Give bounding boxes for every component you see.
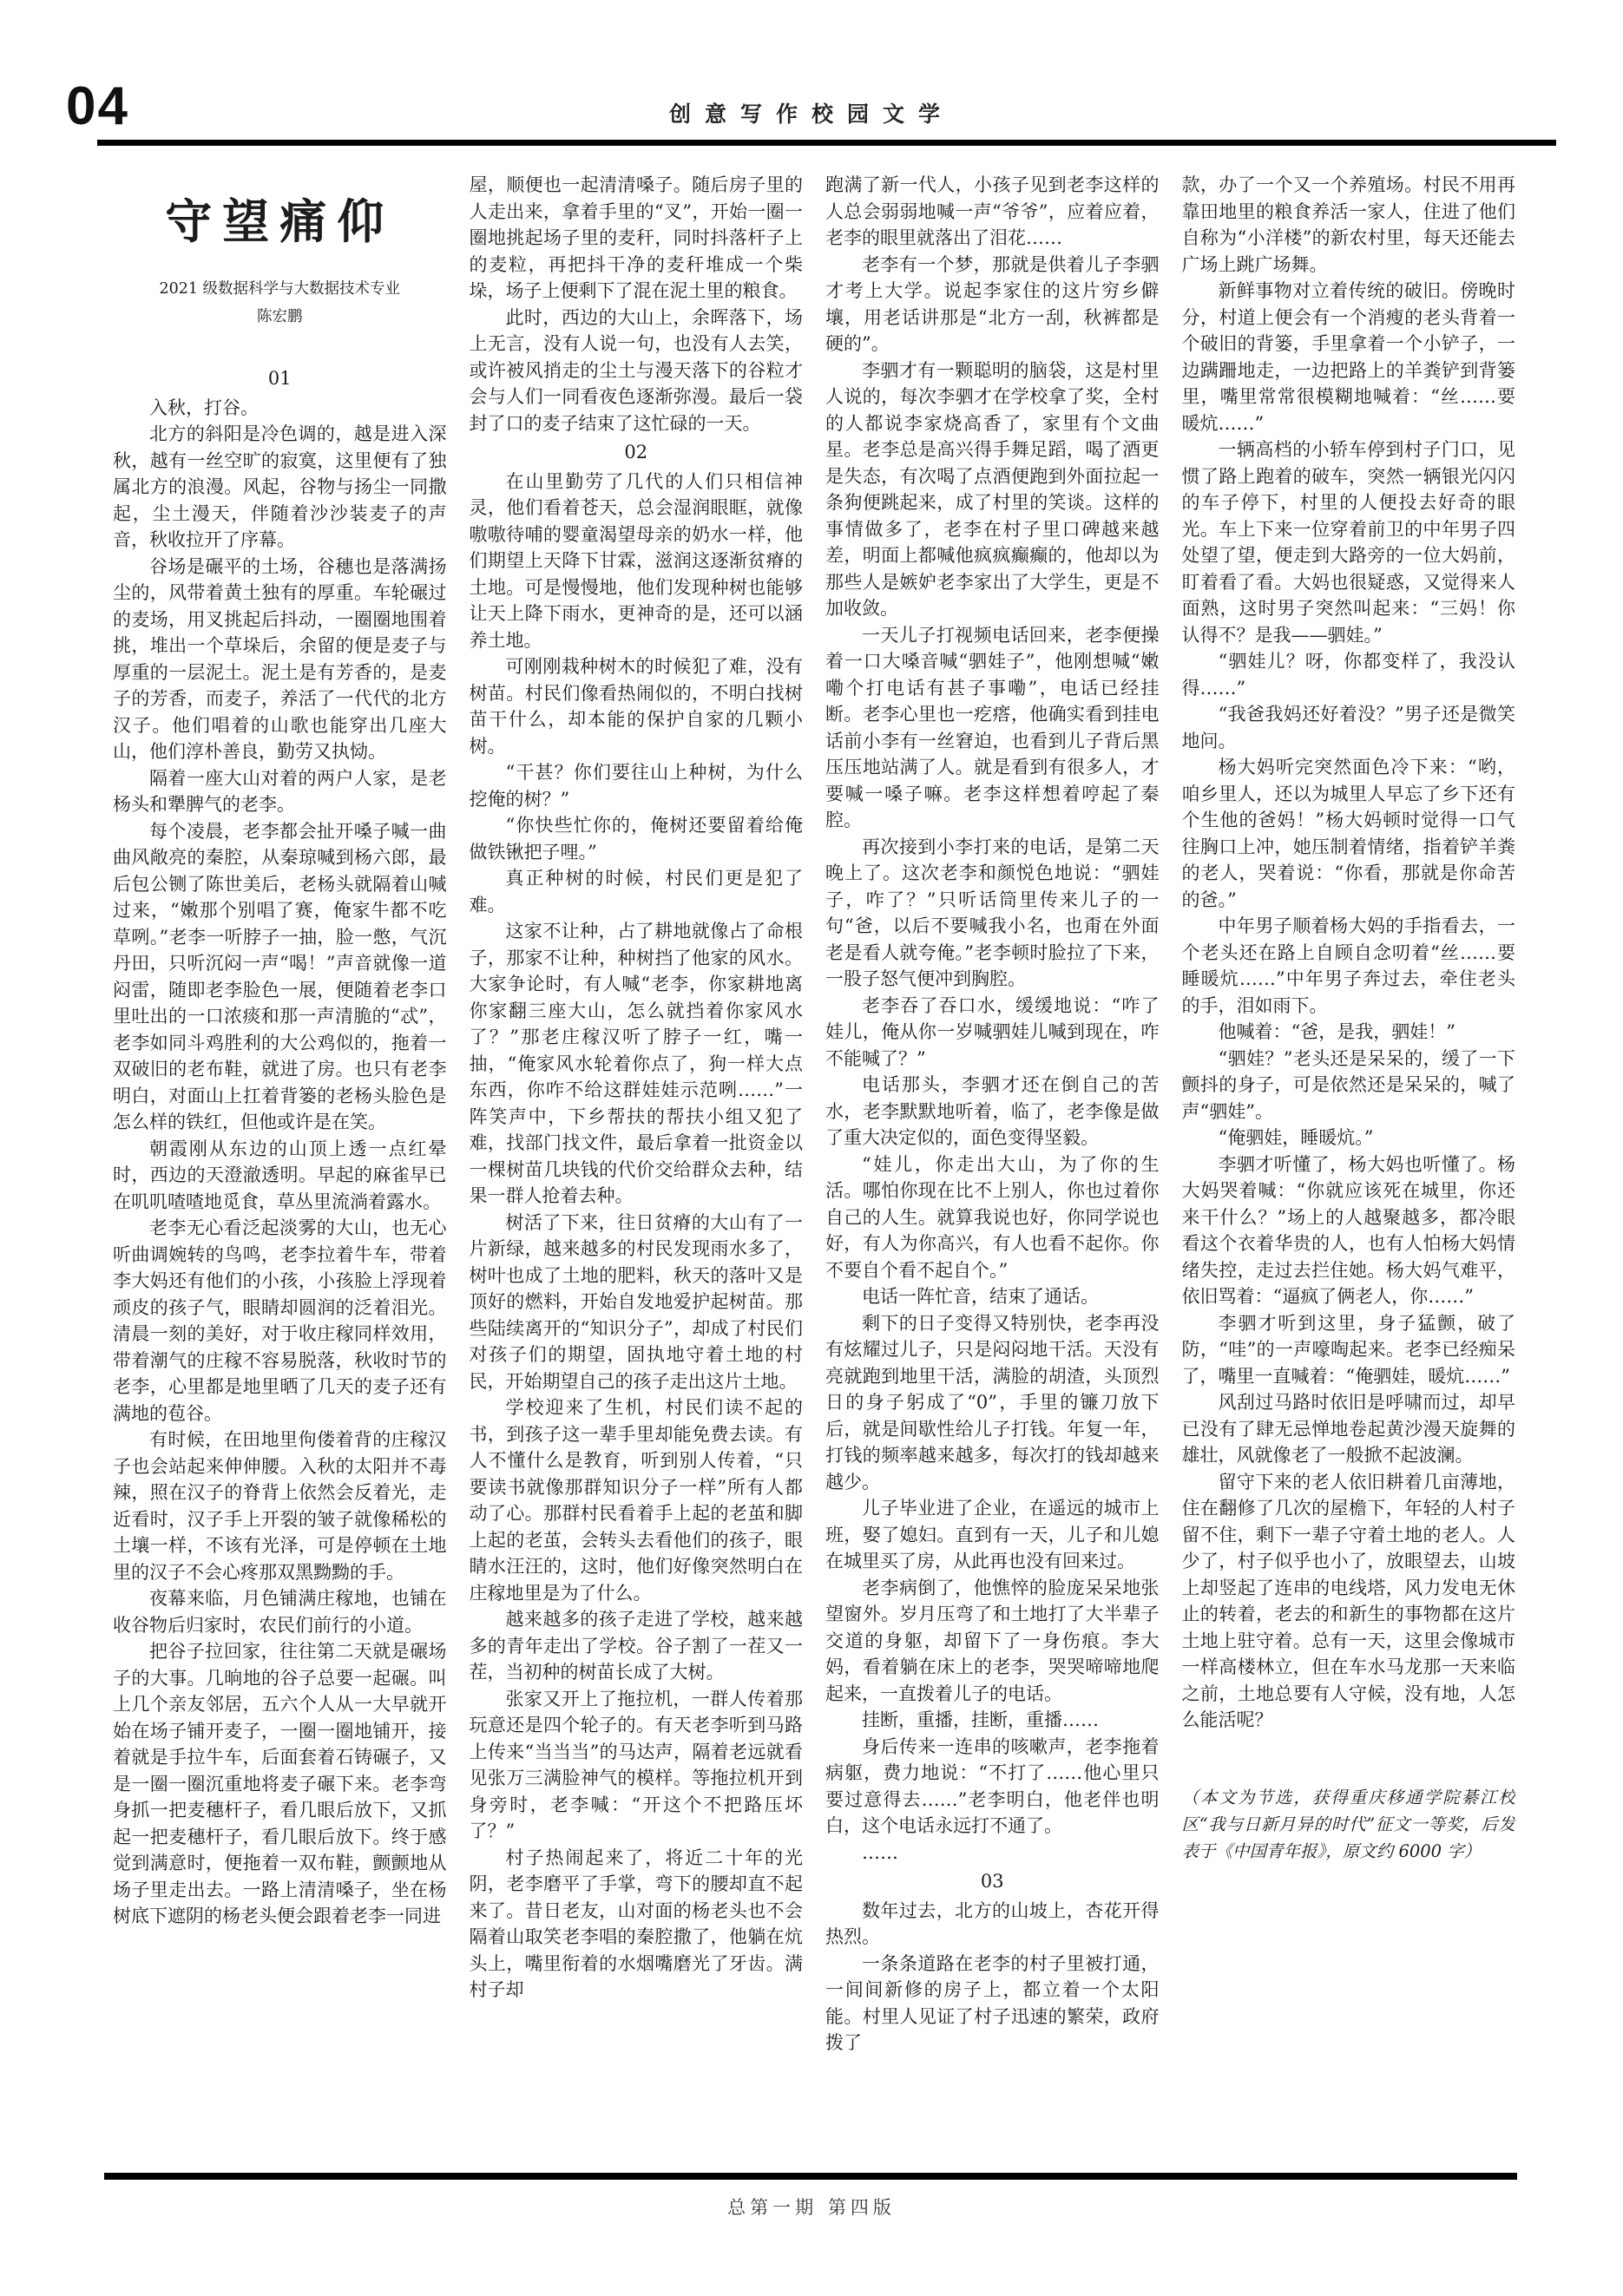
paragraph: 再次接到小李打来的电话，是第二天晚上了。这次老李和颜悦色地说：“驷娃子，咋了？”… bbox=[825, 834, 1160, 993]
paragraph: 把谷子拉回家，往往第二天就是碾场子的大事。几晌地的谷子总要一起碾。叫上几个亲友邻… bbox=[113, 1638, 447, 1930]
paragraph: 屋，顺便也一起清清嗓子。随后房子里的人走出来，拿着手里的“叉”，开始一圈一圈地挑… bbox=[470, 172, 804, 305]
paragraph: 可刚刚栽种树木的时候犯了难，没有树苗。村民们像看热闹似的，不明白找树苗干什么，却… bbox=[470, 653, 804, 759]
paragraph: “我爸我妈还好着没？”男子还是微笑地问。 bbox=[1182, 701, 1516, 754]
paragraph: 张家又开上了拖拉机，一群人传着那玩意还是四个轮子的。有天老李听到马路上传来“当当… bbox=[470, 1686, 804, 1845]
paragraph: 有时候，在田地里佝偻着背的庄稼汉子也会站起来伸伸腰。入秋的太阳并不毒辣，照在汉子… bbox=[113, 1427, 447, 1585]
paragraph: 村子热闹起来了，将近二十年的光阴，老李磨平了手掌，弯下的腰却直不起来了。昔日老友… bbox=[470, 1845, 804, 2004]
paragraph: 在山里勤劳了几代的人们只相信神灵，他们看着苍天，总会湿润眼眶，就像嗷嗷待哺的婴童… bbox=[470, 469, 804, 654]
footer-rule bbox=[104, 2173, 1517, 2180]
paragraph: 学校迎来了生机，村民们读不起的书，到孩子这一辈手里却能免费去读。有人不懂什么是教… bbox=[470, 1394, 804, 1606]
paragraph: 越来越多的孩子走进了学校，越来越多的青年走出了学校。谷子割了一茬又一茬，当初种的… bbox=[470, 1606, 804, 1686]
section-number: 03 bbox=[825, 1868, 1160, 1895]
paragraph: 款，办了一个又一个养殖场。村民不用再靠田地里的粮食养活一家人，住进了他们自称为“… bbox=[1182, 172, 1516, 278]
paragraph: 挂断，重播，挂断，重播…… bbox=[825, 1707, 1160, 1734]
section-number: 01 bbox=[113, 365, 447, 392]
paragraph: 老李有一个梦，那就是供着儿子李驷才考上大学。说起李家住的这片穷乡僻壤，用老话讲那… bbox=[825, 252, 1160, 358]
section-number: 02 bbox=[470, 439, 804, 466]
paragraph: 夜幕来临，月色铺满庄稼地，也铺在收谷物后归家时，农民们前行的小道。 bbox=[113, 1585, 447, 1638]
paragraph: 跑满了新一代人，小孩子见到老李这样的人总会弱弱地喊一声“爷爷”，应着应着，老李的… bbox=[825, 172, 1160, 252]
paragraph: 树活了下来，往日贫瘠的大山有了一片新绿，越来越多的村民发现雨水多了，树叶也成了土… bbox=[470, 1210, 804, 1395]
paragraph: 儿子毕业进了企业，在遥远的城市上班，娶了媳妇。直到有一天，儿子和儿媳在城里买了房… bbox=[825, 1495, 1160, 1575]
paragraph: 电话那头，李驷才还在倒自己的苦水，老李默默地听着，临了，老李像是做了重大决定似的… bbox=[825, 1072, 1160, 1151]
paragraph: 留守下来的老人依旧耕着几亩薄地，住在翻修了几次的屋檐下，年轻的人村子留不住，剩下… bbox=[1182, 1469, 1516, 1734]
paragraph: 数年过去，北方的山坡上，杏花开得热烈。 bbox=[825, 1898, 1160, 1951]
article-author: 陈宏鹏 bbox=[113, 305, 447, 328]
paragraph: “你快些忙你的，俺树还要留着给俺做铁锹把子哩。” bbox=[470, 812, 804, 865]
paragraph: 谷场是碾平的土场，谷穗也是落满扬尘的，风带着黄土独有的厚重。车轮碾过的麦场，用叉… bbox=[113, 554, 447, 765]
paragraph: “俺驷娃，睡暖炕。” bbox=[1182, 1125, 1516, 1151]
article-title-block: 守望痛仰 2021 级数据科学与大数据技术专业 陈宏鹏 bbox=[113, 172, 447, 363]
text-column-4: 款，办了一个又一个养殖场。村民不用再靠田地里的粮食养活一家人，住进了他们自称为“… bbox=[1182, 172, 1516, 2154]
paragraph: 李驷才听到这里，身子猛颤，破了防，“哇”的一声嚎啕起来。老李已经痴呆了，嘴里一直… bbox=[1182, 1310, 1516, 1390]
text-column-1: 守望痛仰 2021 级数据科学与大数据技术专业 陈宏鹏 01入秋，打谷。北方的斜… bbox=[113, 172, 447, 2154]
paragraph: 剩下的日子变得又特别快，老李再没有炫耀过儿子，只是闷闷地干活。天没有亮就跑到地里… bbox=[825, 1310, 1160, 1496]
paragraph: 真正种树的时候，村民们更是犯了难。 bbox=[470, 865, 804, 918]
paragraph: 入秋，打谷。 bbox=[113, 395, 447, 422]
paragraph: 此时，西边的大山上，余晖落下，场上无言，没有人说一句，也没有人去笑，或许被风捎走… bbox=[470, 305, 804, 437]
paragraph: 李驷才有一颗聪明的脑袋，这是村里人说的，每次李驷才在学校拿了奖，全村的人都说李家… bbox=[825, 358, 1160, 622]
text-column-3: 跑满了新一代人，小孩子见到老李这样的人总会弱弱地喊一声“爷爷”，应着应着，老李的… bbox=[825, 172, 1160, 2154]
paragraph: 这家不让种，占了耕地就像占了命根子，那家不让种，种树挡了他家的风水。大家争论时，… bbox=[470, 918, 804, 1210]
paragraph: “驷娃儿？呀，你都变样了，我没认得……” bbox=[1182, 648, 1516, 701]
paragraph: 中年男子顺着杨大妈的手指看去，一个老头还在路上自顾自念叨着“丝……要睡暖炕……”… bbox=[1182, 913, 1516, 1019]
paragraph: 老李无心看泛起淡雾的大山，也无心听曲调婉转的鸟鸣，老李拉着牛车，带着李大妈还有他… bbox=[113, 1215, 447, 1427]
header-rule bbox=[97, 140, 1556, 146]
closing-note: （本文为节选，获得重庆移通学院綦江校区“我与日新月异的时代”征文一等奖，后发表于… bbox=[1182, 1784, 1516, 1865]
paragraph: 李驷才听懂了，杨大妈也听懂了。杨大妈哭着喊：“你就应该死在城里，你还来干什么？”… bbox=[1182, 1151, 1516, 1310]
newspaper-page: { "page": { "page_number": "04", "header… bbox=[0, 0, 1623, 2296]
paragraph: 风刮过马路时依旧是呼啸而过，却早已没有了肆无忌惮地卷起黄沙漫天旋舞的雄壮，风就像… bbox=[1182, 1389, 1516, 1469]
header-title: 创意写作校园文学 bbox=[0, 97, 1623, 128]
paragraph: 北方的斜阳是冷色调的，越是进入深秋，越有一丝空旷的寂寞，这里便有了独属北方的浪漫… bbox=[113, 421, 447, 554]
paragraph: 朝霞刚从东边的山顶上透一点红晕时，西边的天澄澈透明。早起的麻雀早已在叽叽喳喳地觅… bbox=[113, 1136, 447, 1216]
footer-issue-info: 总第一期 第四版 bbox=[0, 2194, 1623, 2220]
paragraph: 杨大妈听完突然面色冷下来：“哟，咱乡里人，还以为城里人早忘了乡下还有个生他的爸妈… bbox=[1182, 754, 1516, 913]
paragraph: 老李病倒了，他憔悴的脸庞呆呆地张望窗外。岁月压弯了和土地打了大半辈子交道的身躯，… bbox=[825, 1575, 1160, 1708]
paragraph: 身后传来一连串的咳嗽声，老李拖着病躯，费力地说：“不打了……他心里只要过意得去…… bbox=[825, 1734, 1160, 1840]
paragraph: “干甚？你们要往山上种树，为什么挖俺的树？” bbox=[470, 759, 804, 812]
paragraph: 电话一阵忙音，结束了通话。 bbox=[825, 1283, 1160, 1310]
paragraph: 一天儿子打视频电话回来，老李便操着一口大嗓音喊“驷娃子”，他刚想喊“嫩嘞个打电话… bbox=[825, 622, 1160, 834]
text-column-2: 屋，顺便也一起清清嗓子。随后房子里的人走出来，拿着手里的“叉”，开始一圈一圈地挑… bbox=[470, 172, 804, 2154]
article-subtitle: 2021 级数据科学与大数据技术专业 bbox=[113, 278, 447, 300]
paragraph: 一辆高档的小轿车停到村子门口，见惯了路上跑着的破车，突然一辆银光闪闪的车子停下，… bbox=[1182, 436, 1516, 648]
paragraph: 一条条道路在老李的村子里被打通，一间间新修的房子上，都立着一个太阳能。村里人见证… bbox=[825, 1951, 1160, 2057]
article-title: 守望痛仰 bbox=[113, 194, 447, 248]
paragraph: 每个凌晨，老李都会扯开嗓子喊一曲曲风敞亮的秦腔，从秦琼喊到杨六郎，最后包公铡了陈… bbox=[113, 818, 447, 1136]
paragraph: 老李吞了吞口水，缓缓地说：“咋了娃儿，俺从你一岁喊驷娃儿喊到现在，咋不能喊了？” bbox=[825, 993, 1160, 1073]
paragraph: 新鲜事物对立着传统的破旧。傍晚时分，村道上便会有一个消瘦的老头背着一个破旧的背篓… bbox=[1182, 278, 1516, 436]
paragraph: …… bbox=[825, 1840, 1160, 1866]
paragraph: 他喊着：“爸，是我，驷娃！” bbox=[1182, 1019, 1516, 1046]
paragraph: “娃儿，你走出大山，为了你的生活。哪怕你现在比不上别人，你也过着你自己的人生。就… bbox=[825, 1151, 1160, 1284]
paragraph: 隔着一座大山对着的两户人家，是老杨头和犟脾气的老李。 bbox=[113, 765, 447, 818]
article-body: 守望痛仰 2021 级数据科学与大数据技术专业 陈宏鹏 01入秋，打谷。北方的斜… bbox=[113, 172, 1515, 2154]
paragraph: “驷娃？”老头还是呆呆的，缓了一下颤抖的身子，可是依然还是呆呆的，喊了声“驷娃”… bbox=[1182, 1046, 1516, 1125]
